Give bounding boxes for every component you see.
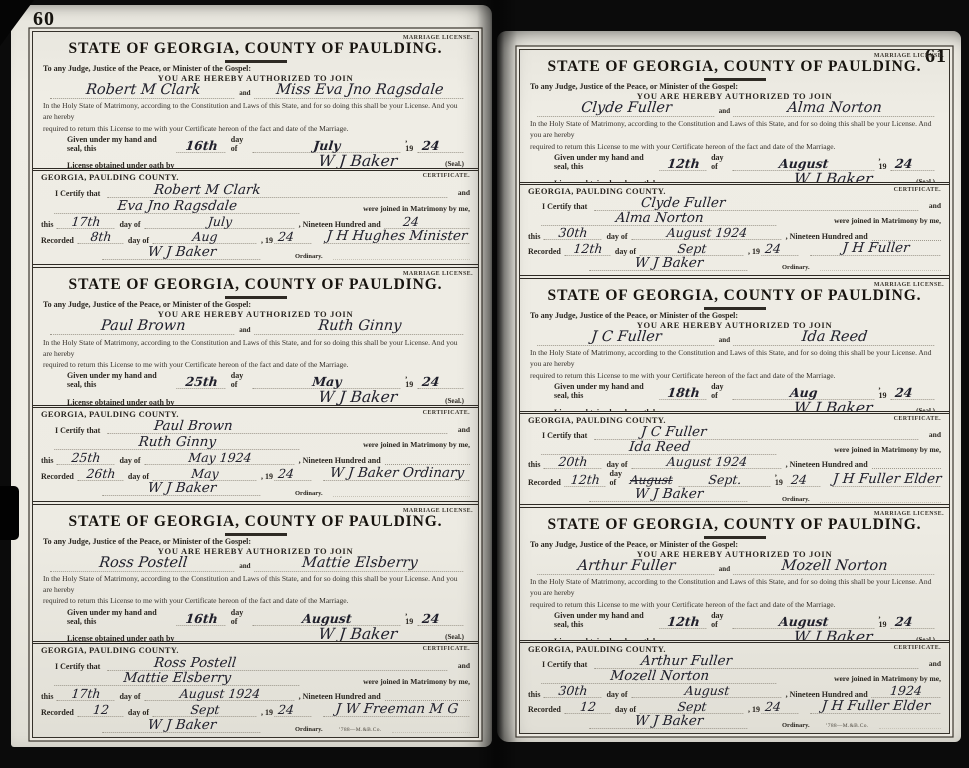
certificate-groom-name: Clyde Fuller — [595, 196, 920, 211]
hundred-suffix-handwritten: 1924 — [871, 684, 942, 698]
joined-label: were joined in Matrimony by me, — [777, 216, 941, 226]
certificate-label: CERTIFICATE. — [423, 410, 470, 416]
groom-name-handwritten: Ross Postell — [50, 556, 236, 572]
certify-label: I Certify that — [55, 662, 100, 671]
recorded-year-handwritten: 24 — [274, 467, 312, 481]
day-of-label: day of — [610, 469, 629, 487]
certificate-block: MARRIAGE LICENSE. STATE OF GEORGIA, COUN… — [33, 501, 478, 737]
day-of-label: day of — [615, 705, 636, 714]
recorded-day-handwritten: 26th — [77, 467, 124, 481]
marriage-certificate-section: GEORGIA, PAULDING COUNTY. CERTIFICATE. I… — [33, 168, 478, 264]
certificate-groom-name: Arthur Fuller — [595, 654, 920, 669]
ordinary-signature-handwritten: W J Baker — [756, 400, 910, 411]
marriage-month-handwritten: May 1924 — [144, 451, 295, 465]
names-row: J C Fuller and Ida Reed — [538, 330, 935, 346]
binding-edge-tab — [0, 486, 19, 540]
oath-label: License obtained under oath by — [67, 634, 174, 641]
seal-label: (Seal.) — [445, 633, 464, 641]
certificate-ordinary-row: W J Baker Ordinary. ’788—M.&B.Co. — [590, 714, 941, 729]
signature-zone: W J Baker (Seal.) — [757, 629, 937, 640]
day-of-label: day of — [119, 220, 140, 229]
given-date-row: Given under my hand and seal, this 16th … — [67, 608, 464, 626]
and-label: and — [929, 659, 941, 668]
given-date-row: Given under my hand and seal, this 16th … — [67, 135, 464, 153]
seal-label: (Seal.) — [445, 397, 464, 405]
certificate-block: MARRIAGE LICENSE. STATE OF GEORGIA, COUN… — [33, 264, 478, 500]
marriage-certificate-section: GEORGIA, PAULDING COUNTY. CERTIFICATE. I… — [520, 182, 949, 275]
certificate-label: CERTIFICATE. — [423, 646, 470, 652]
certificate-ordinary-row: W J Baker Ordinary. — [103, 245, 470, 260]
year-prefix-label: , 19 — [405, 608, 416, 626]
heading-flourish — [225, 296, 287, 299]
this-label: this — [528, 232, 540, 241]
ordinary-signature-handwritten: W J Baker — [278, 626, 439, 641]
license-body-line-1: In the Holy State of Matrimony, accordin… — [43, 337, 468, 360]
printer-mark: ’788—M.&B.Co. — [339, 727, 382, 733]
minister-signature-handwritten: J H Fuller Elder — [832, 472, 942, 487]
license-body-line-2: required to return this License to me wi… — [530, 370, 939, 381]
recorded-label: Recorded — [528, 247, 561, 256]
and-label: and — [719, 565, 730, 573]
year-prefix-label: , 19 — [775, 469, 786, 487]
recorded-month-handwritten: May — [152, 467, 257, 481]
recorded-label: Recorded — [41, 236, 74, 245]
license-body-line-2: required to return this License to me wi… — [530, 141, 939, 152]
year-prefix-label: , 19 — [261, 708, 273, 717]
certificate-label: CERTIFICATE. — [894, 187, 941, 193]
ordinary-signature-handwritten: W J Baker — [102, 481, 262, 496]
signature-zone: W J Baker (Seal.) — [757, 400, 937, 411]
day-of-label: day of — [231, 608, 250, 626]
minister-signature-handwritten: J W Freeman M G — [323, 702, 471, 717]
trailing-rule — [879, 727, 941, 729]
license-body-line-1: In the Holy State of Matrimony, accordin… — [43, 573, 468, 596]
recorded-month-handwritten: Aug — [152, 230, 257, 244]
certificate-block: MARRIAGE LICENSE. STATE OF GEORGIA, COUN… — [520, 275, 949, 504]
recorded-month-handwritten: Sept — [639, 700, 744, 714]
county-label: GEORGIA, PAULDING COUNTY. — [41, 172, 179, 182]
given-date-row: Given under my hand and seal, this 12th … — [554, 153, 935, 171]
certificate-groom-name: J C Fuller — [595, 425, 920, 440]
and-label: and — [239, 89, 250, 97]
given-day-handwritten: 18th — [659, 386, 708, 400]
given-year-handwritten: 24 — [890, 386, 936, 400]
recorded-row: Recorded 12th day of Sept , 19 24 J H Fu… — [528, 241, 941, 256]
marriage-day-handwritten: 17th — [57, 687, 116, 701]
license-body-line-1: In the Holy State of Matrimony, accordin… — [43, 100, 468, 123]
license-heading: STATE OF GEORGIA, COUNTY OF PAULDING. — [530, 516, 939, 534]
salutation-line: To any Judge, Justice of the Peace, or M… — [43, 300, 468, 309]
minister-signature-handwritten: J H Fuller — [810, 241, 942, 256]
day-of-label: day of — [128, 472, 149, 481]
and-label: and — [719, 107, 730, 115]
trailing-rule — [392, 731, 470, 733]
license-body-line-1: In the Holy State of Matrimony, accordin… — [530, 347, 939, 370]
recorded-month-handwritten: Sept — [639, 242, 744, 256]
given-month-handwritten: August — [732, 615, 875, 629]
this-label: this — [41, 456, 53, 465]
bride-name-handwritten: Ida Reed — [733, 330, 936, 346]
license-heading: STATE OF GEORGIA, COUNTY OF PAULDING. — [43, 40, 468, 58]
marriage-certificate-section: GEORGIA, PAULDING COUNTY. CERTIFICATE. I… — [520, 640, 949, 733]
names-row: Paul Brown and Ruth Ginny — [51, 319, 464, 335]
certificate-ordinary-row: W J Baker Ordinary. ’788—M.&B.Co. — [103, 718, 470, 733]
ordinary-label: Ordinary. — [295, 253, 323, 260]
given-day-handwritten: 12th — [659, 615, 708, 629]
signature-zone: W J Baker (Seal.) — [757, 171, 937, 182]
license-heading: STATE OF GEORGIA, COUNTY OF PAULDING. — [530, 287, 939, 305]
marriage-license-section: MARRIAGE LICENSE. STATE OF GEORGIA, COUN… — [33, 505, 478, 641]
heading-flourish — [704, 307, 766, 310]
oath-row: License obtained under oath by W J Baker… — [554, 400, 937, 411]
given-year-handwritten: 24 — [417, 375, 465, 389]
page-61: 61 MARRIAGE LICENSE. STATE OF GEORGIA, C… — [497, 31, 961, 742]
groom-name-handwritten: Paul Brown — [50, 319, 236, 335]
day-of-label: day of — [711, 153, 729, 171]
year-prefix-label: , 19 — [405, 135, 416, 153]
marriage-license-label: MARRIAGE LICENSE. — [874, 53, 944, 59]
salutation-line: To any Judge, Justice of the Peace, or M… — [43, 537, 468, 546]
county-label: GEORGIA, PAULDING COUNTY. — [41, 645, 179, 655]
and-label: and — [239, 326, 250, 334]
day-of-label: day of — [128, 708, 149, 717]
given-year-handwritten: 24 — [417, 139, 465, 153]
certificate-header-row: GEORGIA, PAULDING COUNTY. CERTIFICATE. — [528, 186, 941, 196]
certificate-ordinary-row: W J Baker Ordinary. — [590, 487, 941, 502]
certify-row: I Certify that Clyde Fuller and — [542, 196, 941, 211]
recorded-row: Recorded 26th day of May , 19 24 W J Bak… — [41, 466, 470, 481]
recorded-year-handwritten: 24 — [274, 703, 312, 717]
day-of-label: day of — [119, 692, 140, 701]
marriage-month-handwritten: August 1924 — [144, 687, 295, 701]
ordinary-signature-handwritten: W J Baker — [278, 153, 439, 168]
certificate-label: CERTIFICATE. — [423, 173, 470, 179]
ordinary-signature-handwritten: W J Baker — [589, 487, 749, 502]
bride-name-handwritten: Mozell Norton — [733, 559, 936, 575]
marriage-license-label: MARRIAGE LICENSE. — [403, 508, 473, 514]
groom-name-handwritten: J C Fuller — [537, 330, 716, 346]
license-heading: STATE OF GEORGIA, COUNTY OF PAULDING. — [530, 58, 939, 76]
marriage-date-row: this 17th day of August 1924 , Nineteen … — [41, 687, 470, 701]
marriage-date-row: this 25th day of May 1924 , Nineteen Hun… — [41, 451, 470, 465]
given-label: Given under my hand and seal, this — [67, 135, 173, 153]
certificate-groom-name: Robert M Clark — [108, 183, 449, 198]
day-of-label: day of — [606, 232, 627, 241]
this-label: this — [528, 460, 540, 469]
recorded-day-handwritten: 12 — [564, 700, 611, 714]
joined-label: were joined in Matrimony by me, — [300, 677, 470, 687]
year-prefix-label: , 19 — [405, 371, 416, 389]
marriage-date-row: this 30th day of August , Nineteen Hundr… — [528, 684, 941, 698]
and-label: and — [929, 430, 941, 439]
oath-label: License obtained under oath by — [554, 408, 661, 411]
groom-name-handwritten: Clyde Fuller — [537, 101, 716, 117]
marriage-license-section: MARRIAGE LICENSE. STATE OF GEORGIA, COUN… — [33, 32, 478, 168]
signature-zone: W J Baker (Seal.) — [278, 626, 466, 641]
given-label: Given under my hand and seal, this — [67, 608, 173, 626]
marriage-license-label: MARRIAGE LICENSE. — [403, 271, 473, 277]
recorded-day-handwritten: 12 — [77, 703, 124, 717]
heading-flourish — [225, 60, 287, 63]
recorded-year-handwritten: 24 — [274, 230, 312, 244]
day-of-label: day of — [606, 690, 627, 699]
certify-label: I Certify that — [55, 189, 100, 198]
certificate-groom-name: Paul Brown — [108, 419, 449, 434]
year-prefix-label: , 19 — [748, 247, 760, 256]
certificate-ordinary-row: W J Baker Ordinary. — [590, 256, 941, 271]
certificate-header-row: GEORGIA, PAULDING COUNTY. CERTIFICATE. — [528, 644, 941, 654]
certificate-block: MARRIAGE LICENSE. STATE OF GEORGIA, COUN… — [520, 504, 949, 733]
page-number-60: 60 — [33, 8, 55, 31]
day-of-label: day of — [711, 611, 729, 629]
recorded-row: Recorded 12 day of Sept , 19 24 J W Free… — [41, 702, 470, 717]
year-prefix-label: , 19 — [878, 382, 888, 400]
marriage-date-row: this 20th day of August 1924 , Nineteen … — [528, 455, 941, 469]
marriage-day-handwritten: 25th — [57, 451, 116, 465]
recorded-label: Recorded — [41, 472, 74, 481]
ordinary-signature-handwritten: W J Baker — [589, 256, 749, 271]
recorded-month-handwritten: Sept — [152, 703, 257, 717]
recorded-day-handwritten: 8th — [77, 230, 124, 244]
certify-row: I Certify that Paul Brown and — [55, 419, 470, 434]
recorded-label: Recorded — [528, 478, 561, 487]
minister-signature-handwritten: J H Fuller Elder — [810, 699, 942, 714]
certificate-label: CERTIFICATE. — [894, 416, 941, 422]
marriage-license-label: MARRIAGE LICENSE. — [874, 511, 944, 517]
names-row: Ross Postell and Mattie Elsberry — [51, 556, 464, 572]
heading-flourish — [225, 533, 287, 536]
salutation-line: To any Judge, Justice of the Peace, or M… — [530, 311, 939, 320]
bride-name-handwritten: Ruth Ginny — [254, 319, 465, 335]
names-row: Clyde Fuller and Alma Norton — [538, 101, 935, 117]
marriage-month-handwritten: August 1924 — [631, 226, 782, 240]
page-60-certificates: MARRIAGE LICENSE. STATE OF GEORGIA, COUN… — [32, 31, 479, 738]
minister-signature-handwritten: J H Hughes Minister — [323, 229, 471, 244]
given-year-handwritten: 24 — [417, 612, 465, 626]
marriage-day-handwritten: 20th — [544, 455, 603, 469]
salutation-line: To any Judge, Justice of the Peace, or M… — [530, 540, 939, 549]
and-label: and — [458, 188, 470, 197]
certify-row: I Certify that Robert M Clark and — [55, 183, 470, 198]
recorded-year-handwritten: 24 — [761, 700, 799, 714]
given-date-row: Given under my hand and seal, this 25th … — [67, 371, 464, 389]
names-row: Arthur Fuller and Mozell Norton — [538, 559, 935, 575]
recorded-day-handwritten: 12th — [564, 473, 606, 487]
given-month-handwritten: August — [732, 157, 875, 171]
trailing-rule — [333, 495, 470, 497]
ordinary-signature-handwritten: W J Baker — [278, 389, 439, 404]
day-of-label: day of — [615, 247, 636, 256]
day-of-label: day of — [231, 135, 250, 153]
license-body-line-1: In the Holy State of Matrimony, accordin… — [530, 118, 939, 141]
recorded-label: Recorded — [41, 708, 74, 717]
ordinary-label: Ordinary. — [782, 496, 810, 503]
oath-row: License obtained under oath by W J Baker… — [554, 171, 937, 182]
license-body-line-2: required to return this License to me wi… — [43, 359, 468, 370]
marriage-license-section: MARRIAGE LICENSE. STATE OF GEORGIA, COUN… — [33, 268, 478, 404]
certificate-groom-name: Ross Postell — [108, 656, 449, 671]
page-61-certificates: MARRIAGE LICENSE. STATE OF GEORGIA, COUN… — [519, 49, 950, 734]
marriage-license-section: MARRIAGE LICENSE. STATE OF GEORGIA, COUN… — [520, 508, 949, 640]
ordinary-signature-handwritten: W J Baker — [756, 629, 910, 640]
certify-label: I Certify that — [55, 426, 100, 435]
marriage-certificate-section: GEORGIA, PAULDING COUNTY. CERTIFICATE. I… — [33, 641, 478, 737]
given-year-handwritten: 24 — [890, 615, 936, 629]
given-day-handwritten: 12th — [659, 157, 708, 171]
and-label: and — [458, 425, 470, 434]
given-label: Given under my hand and seal, this — [554, 382, 656, 400]
day-of-label: day of — [711, 382, 729, 400]
certificate-block: MARRIAGE LICENSE. STATE OF GEORGIA, COUN… — [520, 50, 949, 275]
marriage-day-handwritten: 30th — [544, 226, 603, 240]
certify-row: I Certify that Ross Postell and — [55, 656, 470, 671]
certificate-bride-name: Mattie Elsberry — [54, 671, 300, 686]
and-label: and — [239, 562, 250, 570]
given-label: Given under my hand and seal, this — [67, 371, 173, 389]
minister-signature-handwritten: W J Baker Ordinary — [323, 466, 471, 481]
ordinary-label: Ordinary. — [782, 264, 810, 271]
joined-label: were joined in Matrimony by me, — [300, 440, 470, 450]
recorded-year-handwritten: 24 — [787, 473, 822, 487]
marriage-date-row: this 30th day of August 1924 , Nineteen … — [528, 226, 941, 240]
day-of-label: day of — [128, 236, 149, 245]
ordinary-label: Ordinary. — [782, 722, 810, 729]
page-60: 60 MARRIAGE LICENSE. STATE OF GEORGIA, C… — [11, 5, 492, 747]
given-date-row: Given under my hand and seal, this 12th … — [554, 611, 935, 629]
joined-label: were joined in Matrimony by me, — [300, 204, 470, 214]
certify-row: I Certify that Arthur Fuller and — [542, 654, 941, 669]
oath-label: License obtained under oath by — [554, 179, 661, 182]
license-heading: STATE OF GEORGIA, COUNTY OF PAULDING. — [43, 513, 468, 531]
certificate-header-row: GEORGIA, PAULDING COUNTY. CERTIFICATE. — [41, 172, 470, 182]
trailing-rule — [820, 269, 941, 271]
given-day-handwritten: 16th — [177, 612, 228, 626]
oath-row: License obtained under oath by W J Baker… — [554, 629, 937, 640]
this-label: this — [41, 220, 53, 229]
given-label: Given under my hand and seal, this — [554, 611, 656, 629]
marriage-day-handwritten: 17th — [57, 215, 116, 229]
certificate-block: MARRIAGE LICENSE. STATE OF GEORGIA, COUN… — [33, 32, 478, 264]
license-body-line-2: required to return this License to me wi… — [43, 123, 468, 134]
marriage-license-section: MARRIAGE LICENSE. STATE OF GEORGIA, COUN… — [520, 50, 949, 182]
signature-zone: W J Baker (Seal.) — [278, 153, 466, 168]
recorded-row: Recorded 8th day of Aug , 19 24 J H Hugh… — [41, 229, 470, 244]
year-prefix-label: , 19 — [261, 236, 273, 245]
certificate-ordinary-row: W J Baker Ordinary. — [103, 481, 470, 496]
marriage-license-section: MARRIAGE LICENSE. STATE OF GEORGIA, COUN… — [520, 279, 949, 411]
day-of-label: day of — [119, 456, 140, 465]
marriage-license-label: MARRIAGE LICENSE. — [403, 35, 473, 41]
license-body-line-1: In the Holy State of Matrimony, accordin… — [530, 576, 939, 599]
certificate-label: CERTIFICATE. — [894, 645, 941, 651]
heading-flourish — [704, 78, 766, 81]
marriage-month-handwritten: July — [144, 215, 295, 229]
bride-name-handwritten: Miss Eva Jno Ragsdale — [254, 83, 465, 99]
seal-label: (Seal.) — [916, 407, 935, 411]
seal-label: (Seal.) — [916, 636, 935, 640]
certificate-header-row: GEORGIA, PAULDING COUNTY. CERTIFICATE. — [41, 409, 470, 419]
trailing-rule — [820, 501, 941, 503]
recorded-year-handwritten: 24 — [761, 242, 799, 256]
oath-label: License obtained under oath by — [554, 637, 661, 640]
year-prefix-label: , 19 — [261, 472, 273, 481]
this-label: this — [528, 690, 540, 699]
marriage-month-handwritten: August — [631, 684, 782, 698]
and-label: and — [458, 661, 470, 670]
license-body-line-2: required to return this License to me wi… — [43, 595, 468, 606]
license-heading: STATE OF GEORGIA, COUNTY OF PAULDING. — [43, 276, 468, 294]
marriage-record-book-scan: 60 MARRIAGE LICENSE. STATE OF GEORGIA, C… — [0, 0, 969, 768]
given-label: Given under my hand and seal, this — [554, 153, 656, 171]
bride-name-handwritten: Mattie Elsberry — [254, 556, 465, 572]
ordinary-label: Ordinary. — [295, 726, 323, 733]
marriage-day-handwritten: 30th — [544, 684, 603, 698]
recorded-row: Recorded 12 day of Sept , 19 24 J H Full… — [528, 699, 941, 714]
hundred-suffix-handwritten: 24 — [384, 215, 471, 229]
recorded-label: Recorded — [528, 705, 561, 714]
certificate-header-row: GEORGIA, PAULDING COUNTY. CERTIFICATE. — [528, 415, 941, 425]
day-of-label: day of — [231, 371, 250, 389]
seal-label: (Seal.) — [916, 178, 935, 182]
given-month-handwritten: August — [253, 612, 402, 626]
given-year-handwritten: 24 — [890, 157, 936, 171]
and-label: and — [929, 201, 941, 210]
oath-row: License obtained under oath by W J Baker… — [67, 153, 466, 168]
marriage-certificate-section: GEORGIA, PAULDING COUNTY. CERTIFICATE. I… — [520, 411, 949, 504]
printer-mark: ’788—M.&B.Co. — [826, 723, 869, 729]
oath-row: License obtained under oath by W J Baker… — [67, 626, 466, 641]
seal-label: (Seal.) — [445, 160, 464, 168]
year-prefix-label: , 19 — [878, 153, 888, 171]
marriage-month-handwritten: August 1924 — [631, 455, 782, 469]
bride-row: Mozell Norton were joined in Matrimony b… — [528, 669, 941, 684]
trailing-rule — [333, 258, 470, 260]
given-date-row: Given under my hand and seal, this 18th … — [554, 382, 935, 400]
marriage-certificate-section: GEORGIA, PAULDING COUNTY. CERTIFICATE. I… — [33, 405, 478, 501]
certify-label: I Certify that — [542, 660, 587, 669]
oath-label: License obtained under oath by — [67, 398, 174, 405]
ordinary-signature-handwritten: W J Baker — [589, 714, 749, 729]
names-row: Robert M Clark and Miss Eva Jno Ragsdale — [51, 83, 464, 99]
given-month-handwritten: July — [253, 139, 402, 153]
groom-name-handwritten: Arthur Fuller — [537, 559, 716, 575]
certify-label: I Certify that — [542, 202, 587, 211]
bride-row: Ruth Ginny were joined in Matrimony by m… — [41, 435, 470, 450]
certificate-bride-name: Eva Jno Ragsdale — [54, 199, 300, 214]
given-day-handwritten: 25th — [177, 375, 228, 389]
bride-row: Mattie Elsberry were joined in Matrimony… — [41, 671, 470, 686]
joined-label: were joined in Matrimony by me, — [777, 445, 941, 455]
ordinary-signature-handwritten: W J Baker — [102, 245, 262, 260]
day-of-label: day of — [606, 460, 627, 469]
certify-row: I Certify that J C Fuller and — [542, 425, 941, 440]
given-month-handwritten: Aug — [732, 386, 875, 400]
license-body-line-2: required to return this License to me wi… — [530, 599, 939, 610]
nineteen-hundred-label: , Nineteen Hundred and — [299, 456, 381, 465]
certificate-header-row: GEORGIA, PAULDING COUNTY. CERTIFICATE. — [41, 645, 470, 655]
signature-zone: W J Baker (Seal.) — [278, 389, 466, 404]
year-prefix-label: , 19 — [748, 705, 760, 714]
given-day-handwritten: 16th — [177, 139, 228, 153]
certificate-bride-name: Ruth Ginny — [54, 435, 300, 450]
bride-name-handwritten: Alma Norton — [733, 101, 936, 117]
ordinary-signature-handwritten: W J Baker — [756, 171, 910, 182]
bride-row: Eva Jno Ragsdale were joined in Matrimon… — [41, 199, 470, 214]
recorded-row: Recorded 12th day of August Sept. , 19 2… — [528, 469, 941, 487]
marriage-date-row: this 17th day of July , Nineteen Hundred… — [41, 215, 470, 229]
certify-label: I Certify that — [542, 431, 587, 440]
marriage-license-label: MARRIAGE LICENSE. — [874, 282, 944, 288]
